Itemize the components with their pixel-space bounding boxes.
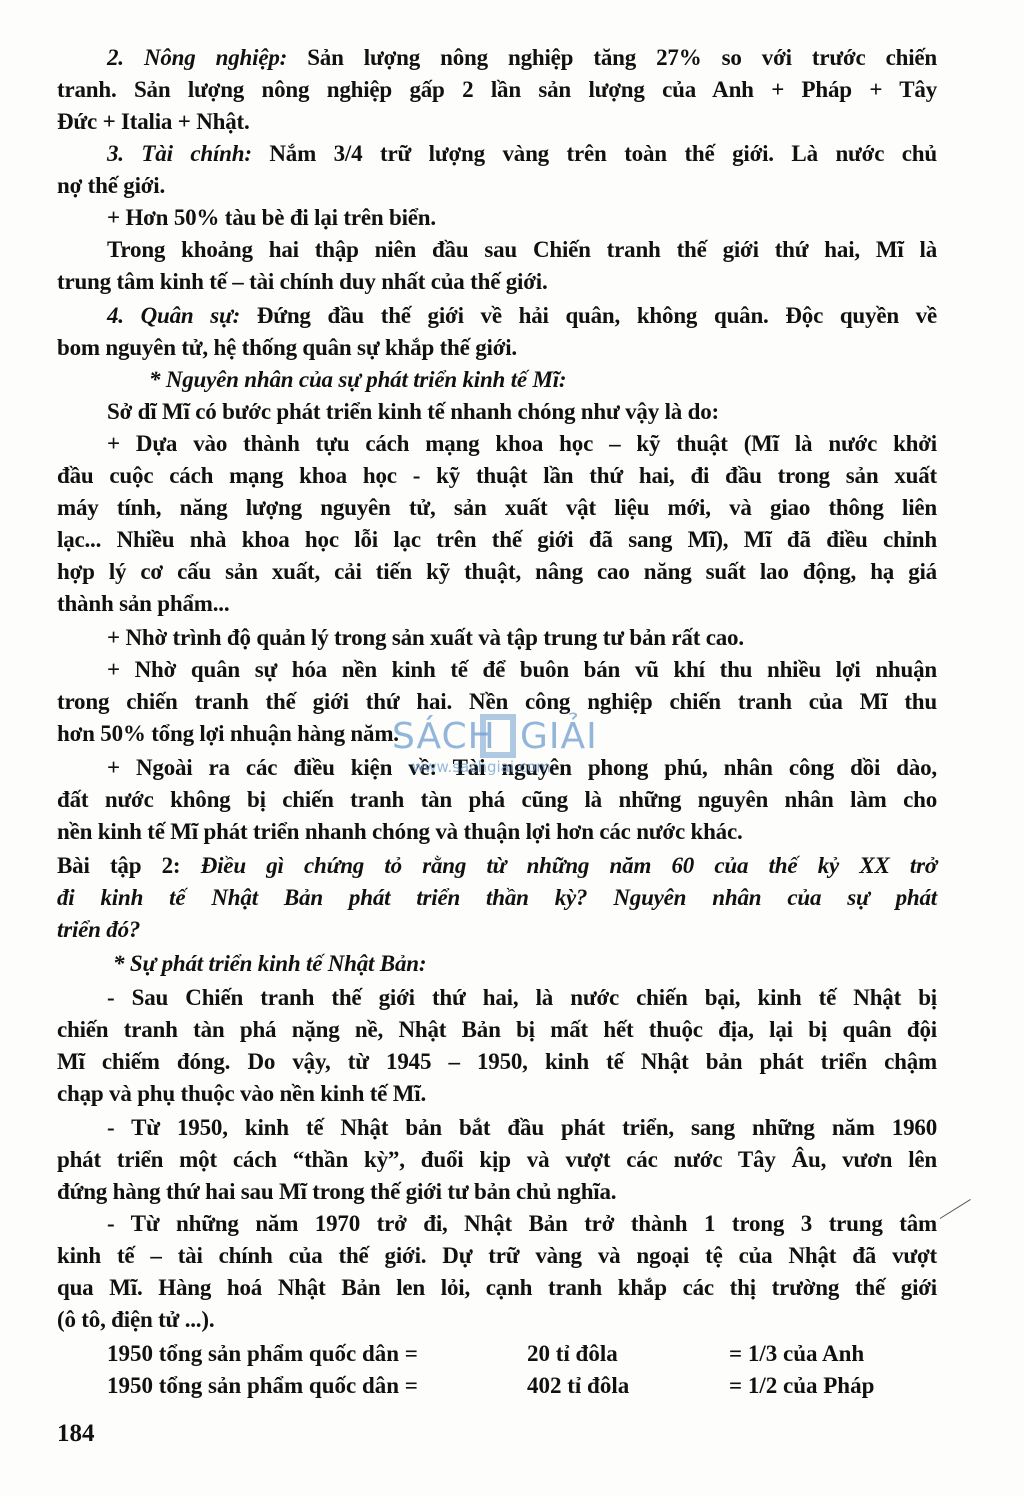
text-line: đất nước không bị chiến tranh tàn phá cũ… [57,784,937,816]
text-line: trung tâm kinh tế – tài chính duy nhất c… [57,266,937,298]
section-label-military: 4. Quân sự: [107,303,240,328]
scan-mark [940,1199,971,1219]
text-line: máy tính, năng lượng nguyên tử, sản xuất… [57,492,937,524]
text-line: đầu cuộc cách mạng khoa học - kỹ thuật l… [57,460,937,492]
heading-us-causes: * Nguyên nhân của sự phát triển kinh tế … [57,364,937,396]
text-line: Mĩ chiếm đóng. Do vậy, từ 1945 – 1950, k… [57,1046,937,1078]
gnp-label: 1950 tổng sản phẩm quốc dân = [107,1338,418,1370]
text-line: lạc... Nhiều nhà khoa học lỗi lạc trên t… [57,524,937,556]
text-line: + Ngoài ra các điều kiện về: Tài nguyên … [57,752,937,784]
text-line: qua Mĩ. Hàng hoá Nhật Bản len lỏi, cạnh … [57,1272,937,1304]
text-line: hơn 50% tổng lợi nhuận hàng năm. [57,718,937,750]
text-line: nền kinh tế Mĩ phát triển nhanh chóng và… [57,816,937,848]
text-line: kinh tế – tài chính của thế giới. Dự trữ… [57,1240,937,1272]
gnp-value: 20 tỉ đôla [527,1338,618,1370]
text-line: + Nhờ trình độ quản lý trong sản xuất và… [57,622,937,654]
text-line: Sản lượng nông nghiệp tăng 27% so với tr… [287,45,937,70]
text-line: - Sau Chiến tranh thế giới thứ hai, là n… [57,982,937,1014]
text-line: triển đó? [57,914,937,946]
text-line: tranh. Sản lượng nông nghiệp gấp 2 lần s… [57,74,937,106]
text-line: nợ thế giới. [57,170,937,202]
gnp-label: 1950 tổng sản phẩm quốc dân = [107,1370,418,1402]
text-line: Đứng đầu thế giới về hải quân, không quâ… [240,303,937,328]
text-line: + Dựa vào thành tựu cách mạng khoa học –… [57,428,937,460]
gnp-compare: = 1/3 của Anh [729,1338,864,1370]
text-line: Trong khoảng hai thập niên đầu sau Chiến… [57,234,937,266]
text-line: thành sản phẩm... [57,588,937,620]
page-number: 184 [57,1420,95,1448]
text-line: Đức + Italia + Nhật. [57,106,937,138]
section-label-finance: 3. Tài chính: [107,141,252,166]
text-line: đứng hàng thứ hai sau Mĩ trong thế giới … [57,1176,937,1208]
text-line: Điều gì chứng tỏ rằng từ những năm 60 củ… [180,853,937,878]
paragraph-military: 4. Quân sự: Đứng đầu thế giới về hải quâ… [57,300,937,332]
text-line: + Nhờ quân sự hóa nền kinh tế để buôn bá… [57,654,937,686]
text-line: (ô tô, điện tử ...). [57,1304,937,1336]
paragraph-finance: 3. Tài chính: Nắm 3/4 trữ lượng vàng trê… [57,138,937,170]
gnp-compare: = 1/2 của Pháp [729,1370,874,1402]
paragraph-agriculture: 2. Nông nghiệp: Sản lượng nông nghiệp tă… [57,42,937,74]
text-line: phát triển một cách “thần kỳ”, đuổi kịp … [57,1144,937,1176]
section-label-agriculture: 2. Nông nghiệp: [107,45,287,70]
text-line: - Từ 1950, kinh tế Nhật bản bắt đầu phát… [57,1112,937,1144]
text-line: trong chiến tranh thế giới thứ hai. Nền … [57,686,937,718]
text-line: + Hơn 50% tàu bè đi lại trên biển. [57,202,937,234]
text-line: chiến tranh tàn phá nặng nề, Nhật Bản bị… [57,1014,937,1046]
text-line: hợp lý cơ cấu sản xuất, cải tiến kỹ thuậ… [57,556,937,588]
text-line: đi kinh tế Nhật Bản phát triển thần kỳ? … [57,882,937,914]
heading-japan-development: * Sự phát triển kinh tế Nhật Bản: [57,948,937,980]
exercise-label: Bài tập 2: [57,853,180,878]
text-line: chạp và phụ thuộc vào nền kinh tế Mĩ. [57,1078,937,1110]
text-line: bom nguyên tử, hệ thống quân sự khắp thế… [57,332,937,364]
text-line: - Từ những năm 1970 trở đi, Nhật Bản trở… [57,1208,937,1240]
text-line: Sở dĩ Mĩ có bước phát triển kinh tế nhan… [57,396,937,428]
text-line: Nắm 3/4 trữ lượng vàng trên toàn thế giớ… [252,141,937,166]
exercise-2-question: Bài tập 2: Điều gì chứng tỏ rằng từ nhữn… [57,850,937,882]
gnp-value: 402 tỉ đôla [527,1370,629,1402]
